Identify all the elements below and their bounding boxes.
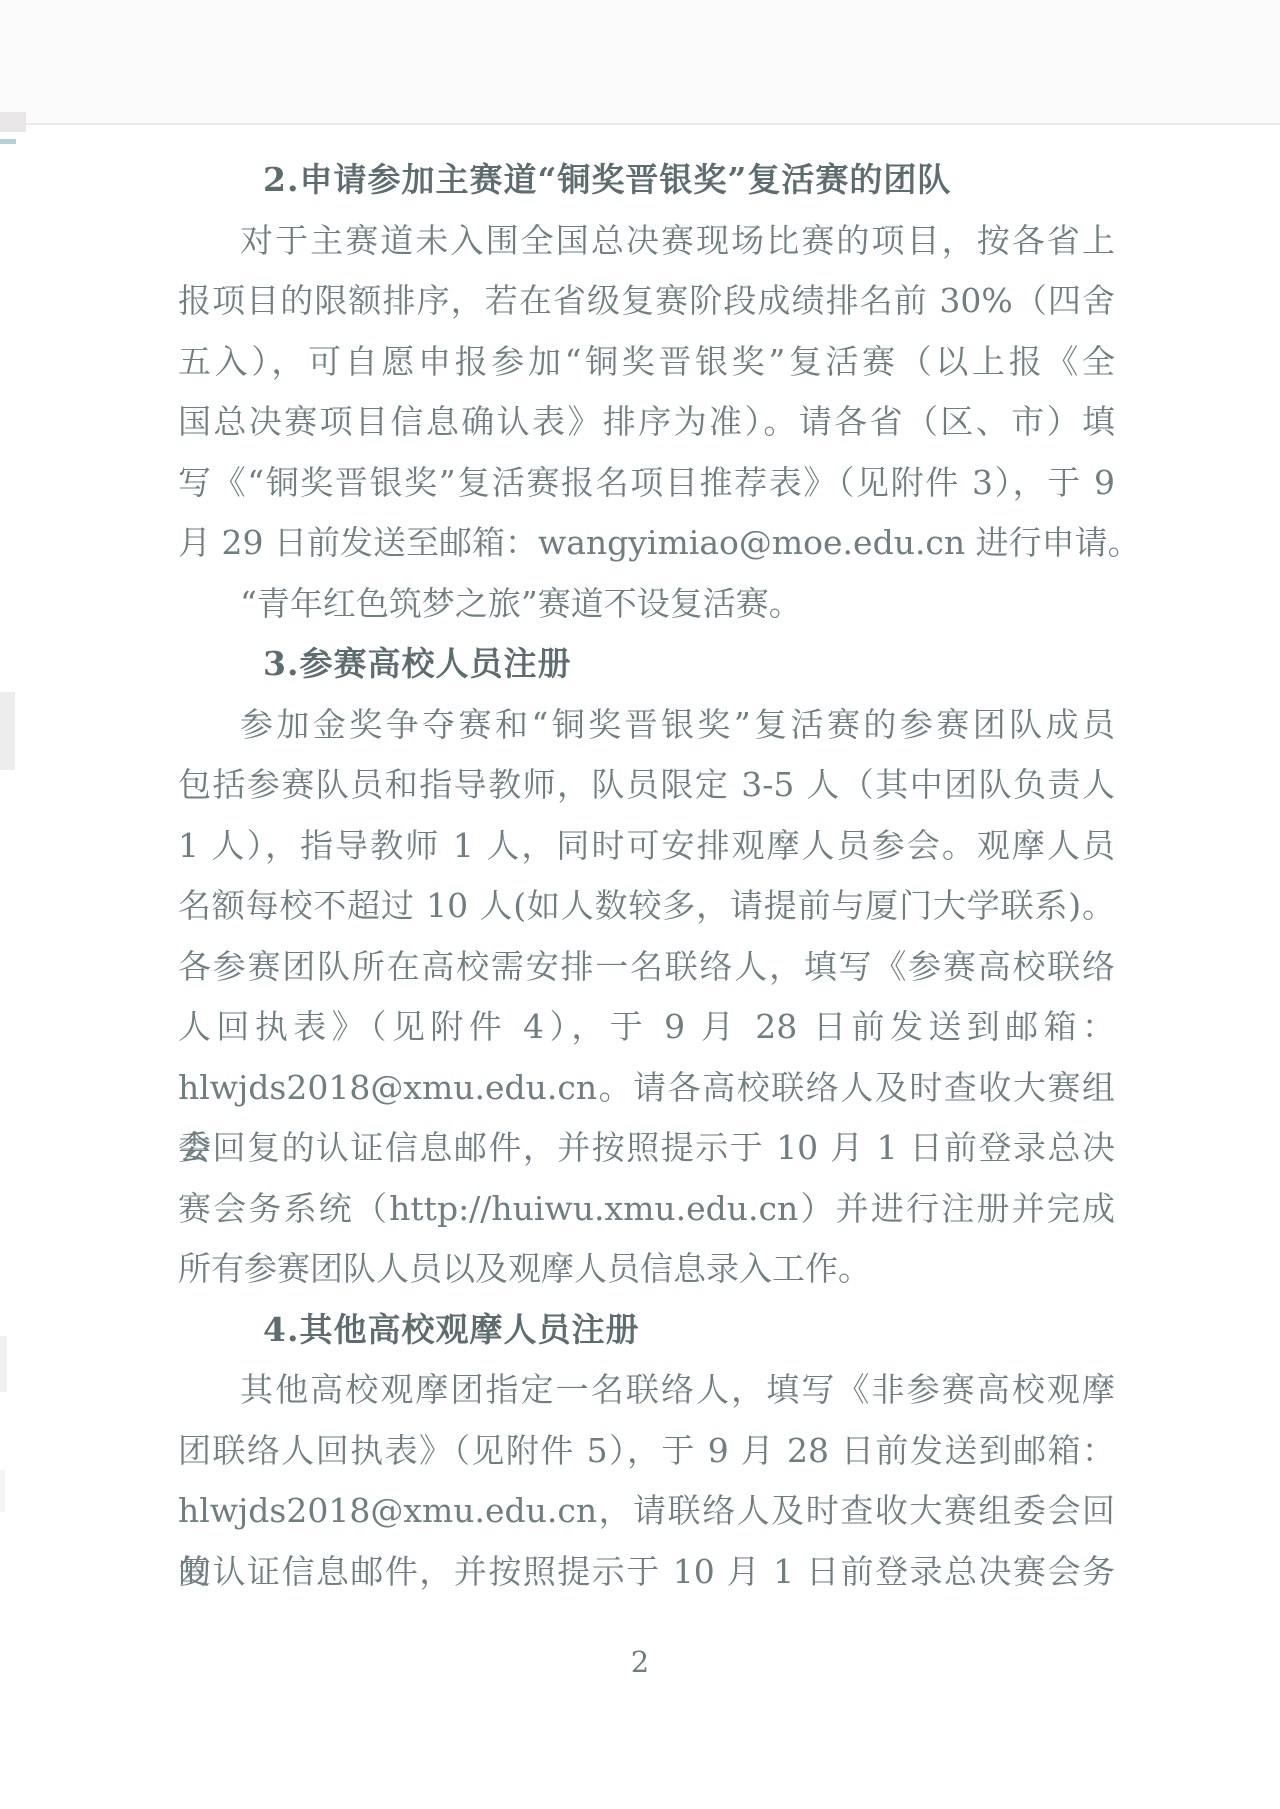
text-line: hlwjds2018@xmu.edu.cn。请各高校联络人及时查收大赛组委 <box>178 1058 1115 1119</box>
page-number: 2 <box>0 1645 1280 1679</box>
text-line: 国总决赛项目信息确认表》排序为准）。请各省（区、市）填 <box>178 392 1115 453</box>
scan-artifact-left-smudge <box>0 1336 7 1392</box>
text-line: 其他高校观摩团指定一名联络人，填写《非参赛高校观摩 <box>178 1360 1115 1421</box>
scan-artifact-teal-dash <box>0 139 16 144</box>
text-line: 赛会务系统（http://huiwu.xmu.edu.cn）并进行注册并完成 <box>178 1179 1115 1240</box>
text-line: 月 29 日前发送至邮箱：wangyimiao@moe.edu.cn 进行申请。 <box>178 513 1115 574</box>
text-line: 名额每校不超过 10 人(如人数较多，请提前与厦门大学联系)。 <box>178 876 1115 937</box>
text-line: 写《“铜奖晋银奖”复活赛报名项目推荐表》（见附件 3），于 9 <box>178 453 1115 514</box>
text-line: 五入），可自愿申报参加“铜奖晋银奖”复活赛（以上报《全 <box>178 332 1115 393</box>
text-line: 报项目的限额排序，若在省级复赛阶段成绩排名前 30%（四舍 <box>178 271 1115 332</box>
text-line: 1 人），指导教师 1 人，同时可安排观摩人员参会。观摩人员 <box>178 816 1115 877</box>
text-line: hlwjds2018@xmu.edu.cn，请联络人及时查收大赛组委会回复 <box>178 1481 1115 1542</box>
document-page: 2.申请参加主赛道“铜奖晋银奖”复活赛的团队对于主赛道未入围全国总决赛现场比赛的… <box>0 0 1280 1809</box>
text-line: 团联络人回执表》（见附件 5），于 9 月 28 日前发送到邮箱： <box>178 1421 1115 1482</box>
text-line: 包括参赛队员和指导教师，队员限定 3-5 人（其中团队负责人 <box>178 755 1115 816</box>
section-heading: 4.其他高校观摩人员注册 <box>178 1300 1115 1361</box>
text-block: 2.申请参加主赛道“铜奖晋银奖”复活赛的团队对于主赛道未入围全国总决赛现场比赛的… <box>178 150 1115 1602</box>
text-line: 所有参赛团队人员以及观摩人员信息录入工作。 <box>178 1239 1115 1300</box>
text-line: 参加金奖争夺赛和“铜奖晋银奖”复活赛的参赛团队成员 <box>178 695 1115 756</box>
scan-artifact-left-smudge <box>0 692 15 770</box>
scan-artifact-corner-smudge <box>0 112 26 132</box>
text-line: “青年红色筑梦之旅”赛道不设复活赛。 <box>178 574 1115 635</box>
section-heading: 3.参赛高校人员注册 <box>178 634 1115 695</box>
text-line: 会回复的认证信息邮件，并按照提示于 10 月 1 日前登录总决 <box>178 1118 1115 1179</box>
section-heading: 2.申请参加主赛道“铜奖晋银奖”复活赛的团队 <box>178 150 1115 211</box>
text-line: 人回执表》（见附件 4），于 9 月 28 日前发送到邮箱： <box>178 997 1115 1058</box>
scan-artifact-left-smudge <box>0 1470 5 1512</box>
text-line: 各参赛团队所在高校需安排一名联络人，填写《参赛高校联络 <box>178 937 1115 998</box>
scan-artifact-top-band <box>0 0 1280 125</box>
text-line: 对于主赛道未入围全国总决赛现场比赛的项目，按各省上 <box>178 211 1115 272</box>
text-line: 的认证信息邮件，并按照提示于 10 月 1 日前登录总决赛会务 <box>178 1542 1115 1603</box>
